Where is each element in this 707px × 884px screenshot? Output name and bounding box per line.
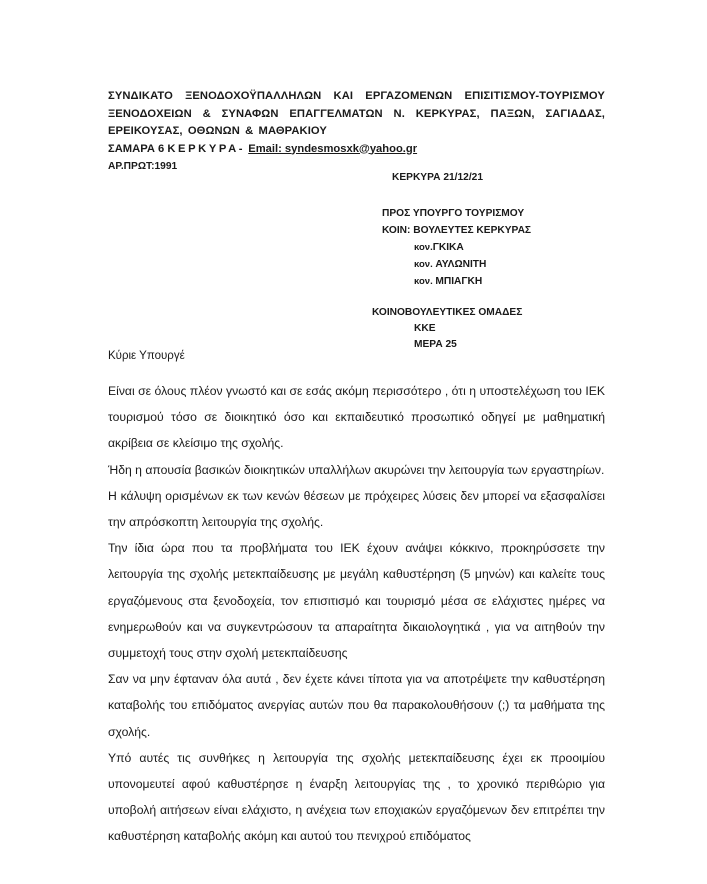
org-name-line-1: ΣΥΝΔΙΚΑΤΟ ΞΕΝΟΔΟΧΟΫΠΑΛΛΗΛΩΝ ΚΑΙ ΕΡΓΑΖΟΜΕ… (108, 88, 605, 106)
paragraph: Την ίδια ώρα που τα προβλήματα του ΙΕΚ έ… (108, 535, 605, 666)
mp-name: ΑΥΛΩΝΙΤΗ (435, 259, 486, 270)
org-name-line-2: ΞΕΝΟΔΟΧΕΙΩΝ & ΣΥΝΑΦΩΝ ΕΠΑΓΓΕΛΜΑΤΩΝ Ν. ΚΕ… (108, 106, 605, 124)
group-item: ΚΚΕ (372, 321, 522, 337)
recipient-to: ΠΡΟΣ ΥΠΟΥΡΓΟ ΤΟΥΡΙΣΜΟΥ (382, 205, 531, 222)
letter-body: Είναι σε όλους πλέον γνωστό και σε εσάς … (108, 378, 605, 850)
paragraph: Υπό αυτές τις συνθήκες η λειτουργία της … (108, 745, 605, 850)
recipients-block: ΠΡΟΣ ΥΠΟΥΡΓΟ ΤΟΥΡΙΣΜΟΥ ΚΟΙΝ: ΒΟΥΛΕΥΤΕΣ Κ… (382, 205, 531, 290)
group-item: ΜΕΡΑ 25 (372, 337, 522, 353)
email-link[interactable]: Email: syndesmosxk@yahoo.gr (248, 143, 417, 155)
mp-item: κον. ΑΥΛΩΝΙΤΗ (382, 256, 531, 273)
groups-title: ΚΟΙΝΟΒΟΥΛΕΥΤΙΚΕΣ ΟΜΑΔΕΣ (372, 305, 522, 321)
parliamentary-groups-block: ΚΟΙΝΟΒΟΥΛΕΥΤΙΚΕΣ ΟΜΑΔΕΣ ΚΚΕ ΜΕΡΑ 25 (372, 305, 522, 353)
letterhead: ΣΥΝΔΙΚΑΤΟ ΞΕΝΟΔΟΧΟΫΠΑΛΛΗΛΩΝ ΚΑΙ ΕΡΓΑΖΟΜΕ… (108, 88, 605, 176)
mp-prefix: κον. (414, 242, 433, 253)
letter-page: ΣΥΝΔΙΚΑΤΟ ΞΕΝΟΔΟΧΟΫΠΑΛΛΗΛΩΝ ΚΑΙ ΕΡΓΑΖΟΜΕ… (0, 0, 707, 884)
mp-item: κον.ΓΚΙΚΑ (382, 239, 531, 256)
address-line: ΣΑΜΑΡΑ 6 ΚΕΡΚΥΡΑ- Email: syndesmosxk@yah… (108, 141, 605, 159)
address-street: ΣΑΜΑΡΑ 6 (108, 143, 167, 155)
mp-item: κον. ΜΠΙΑΓΚΗ (382, 273, 531, 290)
mp-prefix: κον. (414, 276, 435, 287)
mp-name: ΜΠΙΑΓΚΗ (435, 276, 482, 287)
paragraph: Ήδη η απουσία βασικών διοικητικών υπαλλή… (108, 457, 605, 483)
paragraph: Η κάλυψη ορισμένων εκ των κενών θέσεων μ… (108, 483, 605, 535)
protocol-number: ΑΡ.ΠΡΩΤ:1991 (108, 158, 605, 176)
date-line: ΚΕΡΚΥΡΑ 21/12/21 (392, 172, 483, 183)
paragraph: Είναι σε όλους πλέον γνωστό και σε εσάς … (108, 378, 605, 457)
paragraph: Σαν να μην έφταναν όλα αυτά , δεν έχετε … (108, 666, 605, 745)
mp-prefix: κον. (414, 259, 435, 270)
recipient-cc: ΚΟΙΝ: ΒΟΥΛΕΥΤΕΣ ΚΕΡΚΥΡΑΣ (382, 222, 531, 239)
salutation: Κύριε Υπουργέ (108, 350, 185, 362)
org-name-line-3: ΕΡΕΙΚΟΥΣΑΣ, ΟΘΩΝΩΝ & ΜΑΘΡΑΚΙΟΥ (108, 123, 605, 141)
mp-name: ΓΚΙΚΑ (433, 242, 464, 253)
address-city: ΚΕΡΚΥΡΑ- (167, 143, 245, 155)
